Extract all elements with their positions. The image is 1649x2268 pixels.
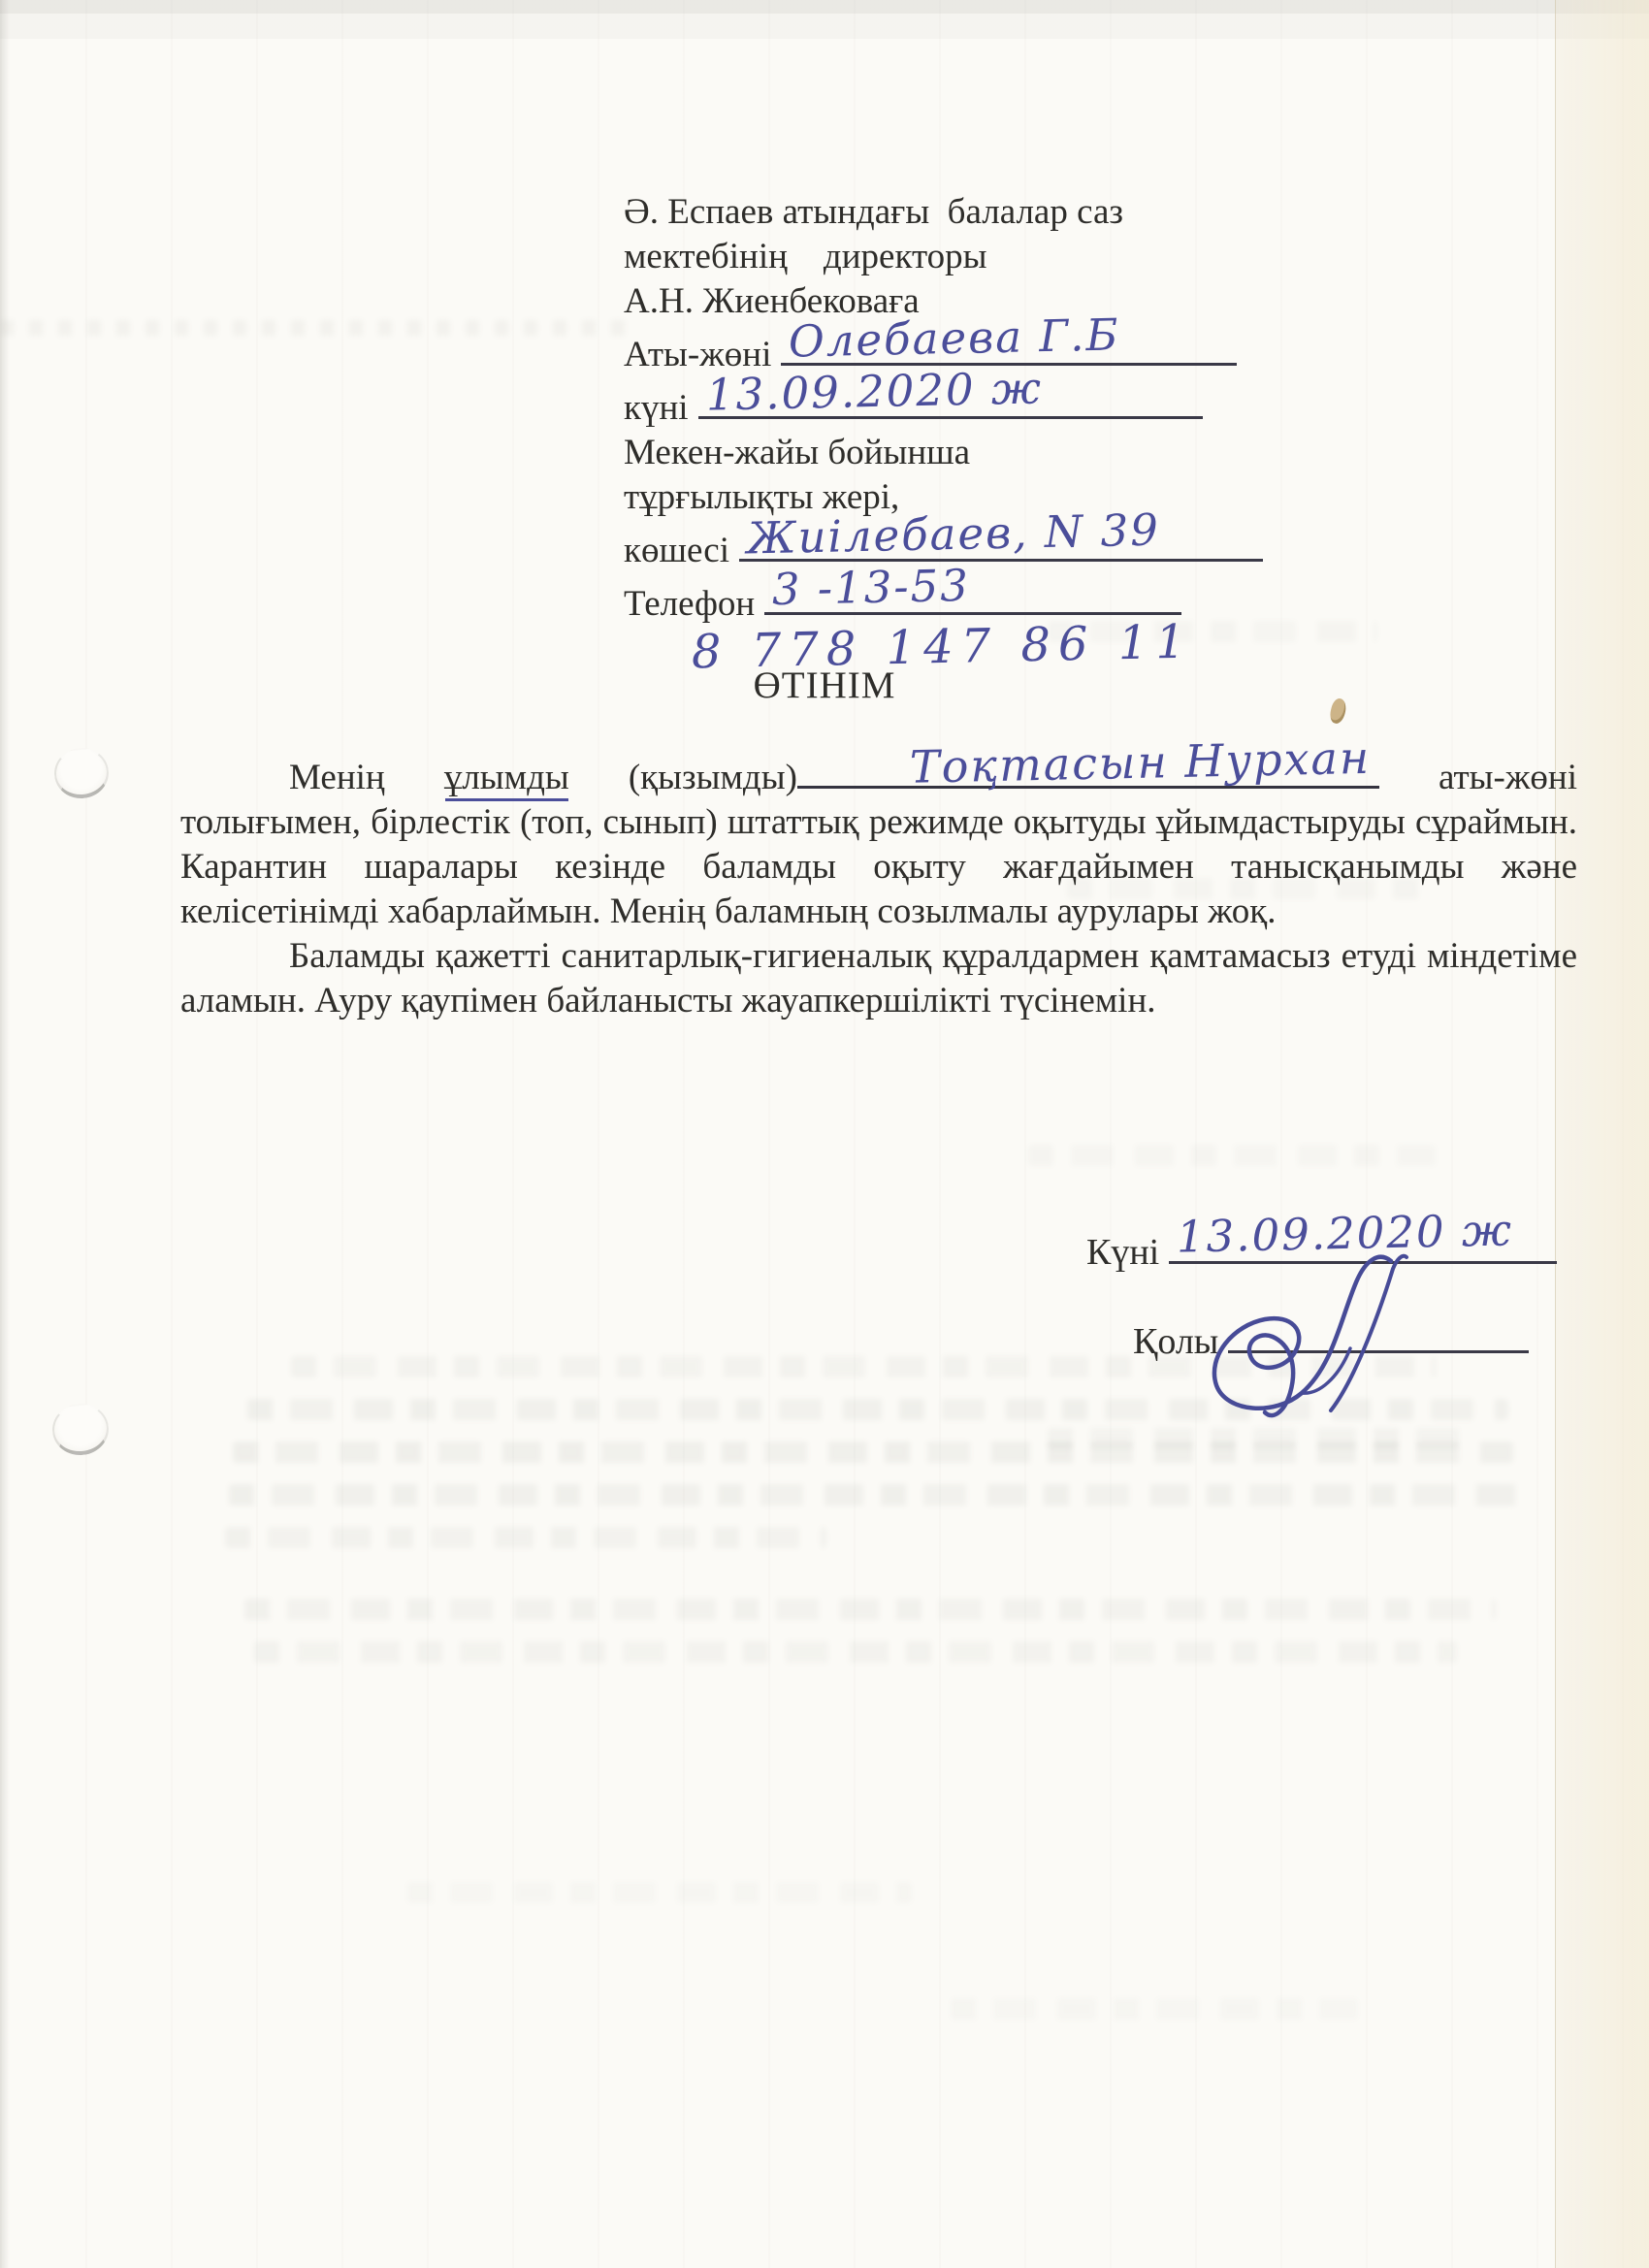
bleedthrough-patch: [951, 1998, 1358, 2020]
fullname-handwriting: Олебаева Г.Б: [789, 312, 1120, 364]
date-field: күні 13.09.2020 ж: [624, 377, 1477, 431]
p1-word-3: (қызымды): [629, 758, 797, 797]
scan-right-edge: [1555, 0, 1649, 2268]
street-label: көшесі: [624, 529, 729, 573]
scan-scuff: [0, 320, 640, 336]
paragraph-obligation: Баламды қажетті санитарлық-гигиеналық құ…: [180, 934, 1577, 1023]
bleedthrough-line: [225, 1527, 826, 1548]
hole-punch-top: [51, 745, 111, 801]
phone-handwriting: 3 -13-53: [772, 564, 971, 612]
document-title: ӨТІНІМ: [0, 664, 1649, 707]
bleedthrough-line: [254, 1641, 1457, 1663]
date-label: күні: [624, 386, 689, 431]
phone-label: Телефон: [624, 582, 755, 627]
p1-word-1: Менің: [289, 758, 385, 797]
hole-punch-bottom: [49, 1401, 111, 1458]
bleedthrough-patch: [1048, 621, 1377, 642]
scan-left-edge: [0, 0, 10, 2268]
street-field: көшесі Жиілебаев, N 39: [624, 520, 1477, 573]
date-underline: 13.09.2020 ж: [698, 377, 1203, 419]
child-name-underline: Тоқтасын Нурхан: [797, 749, 1379, 789]
document-page: Ә. Еспаев атындағы балалар саз мектебіні…: [0, 0, 1649, 2268]
bleedthrough-patch: [1028, 1145, 1436, 1166]
address-line-1: Мекен-жайы бойынша: [624, 431, 1477, 475]
street-handwriting: Жиілебаев, N 39: [746, 508, 1160, 562]
street-underline: Жиілебаев, N 39: [739, 520, 1263, 562]
bleedthrough-patch: [407, 1882, 912, 1903]
footer-date-label: Күні: [1086, 1231, 1159, 1274]
bleedthrough-line: [229, 1484, 1519, 1506]
p1-word-underlined: ұлымды: [444, 758, 569, 798]
bleedthrough-patch: [1048, 1428, 1465, 1449]
addressee-block: Ә. Еспаев атындағы балалар саз мектебіні…: [624, 190, 1477, 673]
signature-ink: [1185, 1247, 1418, 1427]
institution-line-1: Ә. Еспаев атындағы балалар саз: [624, 190, 1477, 235]
fullname-underline: Олебаева Г.Б: [781, 324, 1237, 366]
paragraph-request: Менің ұлымды (қызымды)Тоқтасын Нурхан ат…: [180, 749, 1577, 934]
bleedthrough-line: [244, 1599, 1496, 1620]
phone-underline: 3 -13-53: [764, 573, 1181, 615]
bleedthrough-patch: [1067, 878, 1436, 899]
date-handwriting: 13.09.2020 ж: [705, 366, 1043, 417]
institution-line-2: мектебінің директоры: [624, 235, 1477, 279]
child-name-handwriting: Тоқтасын Нурхан: [800, 735, 1371, 792]
